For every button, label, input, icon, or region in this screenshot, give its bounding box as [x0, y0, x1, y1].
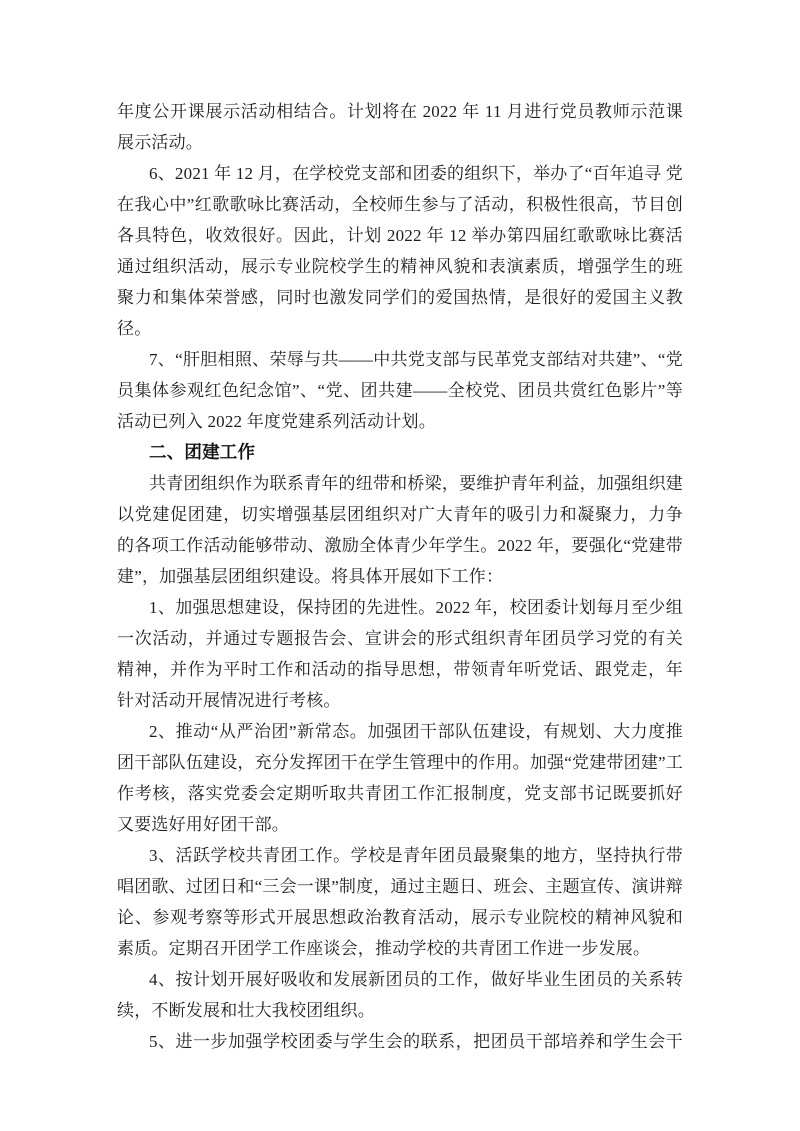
text-line: 素质。定期召开团学工作座谈会，推动学校的共青团工作进一步发展。	[117, 933, 683, 964]
section-heading: 二、团建工作	[117, 437, 683, 468]
text-line: 建”，加强基层团组织建设。将具体开展如下工作：	[117, 561, 683, 592]
text-line: 唱团歌、过团日和“三会一课”制度，通过主题日、班会、主题宣传、演讲辩	[117, 871, 683, 902]
text-line: 活动已列入 2022 年度党建系列活动计划。	[117, 406, 683, 437]
text-line: 通过组织活动，展示专业院校学生的精神风貌和表演素质，增强学生的班级凝	[117, 251, 683, 282]
text-line: 展示活动。	[117, 127, 683, 158]
text-line: 径。	[117, 313, 683, 344]
text-line: 各具特色，收效很好。因此，计划 2022 年 12 举办第四届红歌歌咏比赛活动，	[117, 220, 683, 251]
text-line: 精神，并作为平时工作和活动的指导思想，带领青年听党话、跟党走，年底将	[117, 654, 683, 685]
text-line: 聚力和集体荣誉感，同时也激发同学们的爱国热情，是很好的爱国主义教育途	[117, 282, 683, 313]
text-line: 在我心中”红歌歌咏比赛活动，全校师生参与了活动，积极性很高，节目创意	[117, 189, 683, 220]
text-line: 针对活动开展情况进行考核。	[117, 685, 683, 716]
text-line: 团干部队伍建设，充分发挥团干在学生管理中的作用。加强“党建带团建”工	[117, 747, 683, 778]
text-line: 共青团组织作为联系青年的纽带和桥梁，要维护青年利益，加强组织建设，	[117, 468, 683, 499]
text-line: 续，不断发展和壮大我校团组织。	[117, 995, 683, 1026]
text-line: 员集体参观红色纪念馆”、“党、团共建——全校党、团员共赏红色影片”等	[117, 375, 683, 406]
text-line: 4、按计划开展好吸收和发展新团员的工作，做好毕业生团员的关系转出手	[117, 964, 683, 995]
text-line: 1、加强思想建设，保持团的先进性。2022 年，校团委计划每月至少组织	[117, 592, 683, 623]
text-line: 2、推动“从严治团”新常态。加强团干部队伍建设，有规划、大力度推动	[117, 716, 683, 747]
text-line: 以党建促团建，切实增强基层团组织对广大青年的吸引力和凝聚力，力争使团	[117, 499, 683, 530]
text-line: 又要选好用好团干部。	[117, 809, 683, 840]
text-line: 一次活动，并通过专题报告会、宣讲会的形式组织青年团员学习党的有关会议	[117, 623, 683, 654]
text-line: 的各项工作活动能够带动、激励全体青少年学生。2022 年，要强化“党建带团	[117, 530, 683, 561]
text-line: 3、活跃学校共青团工作。学校是青年团员最聚集的地方，坚持执行带团徽、	[117, 840, 683, 871]
text-line: 年度公开课展示活动相结合。计划将在 2022 年 11 月进行党员教师示范课教学	[117, 96, 683, 127]
text-line: 6、2021 年 12 月，在学校党支部和团委的组织下，举办了“百年追寻 党	[117, 158, 683, 189]
text-line: 5、进一步加强学校团委与学生会的联系，把团员干部培养和学生会干部培	[117, 1026, 683, 1057]
text-line: 论、参观考察等形式开展思想政治教育活动，展示专业院校的精神风貌和表演	[117, 902, 683, 933]
text-line: 作考核，落实党委会定期听取共青团工作汇报制度，党支部书记既要抓好团建，	[117, 778, 683, 809]
text-line: 7、“肝胆相照、荣辱与共——中共党支部与民革党支部结对共建”、“党	[117, 344, 683, 375]
document-page: 年度公开课展示活动相结合。计划将在 2022 年 11 月进行党员教师示范课教学…	[117, 96, 683, 1057]
